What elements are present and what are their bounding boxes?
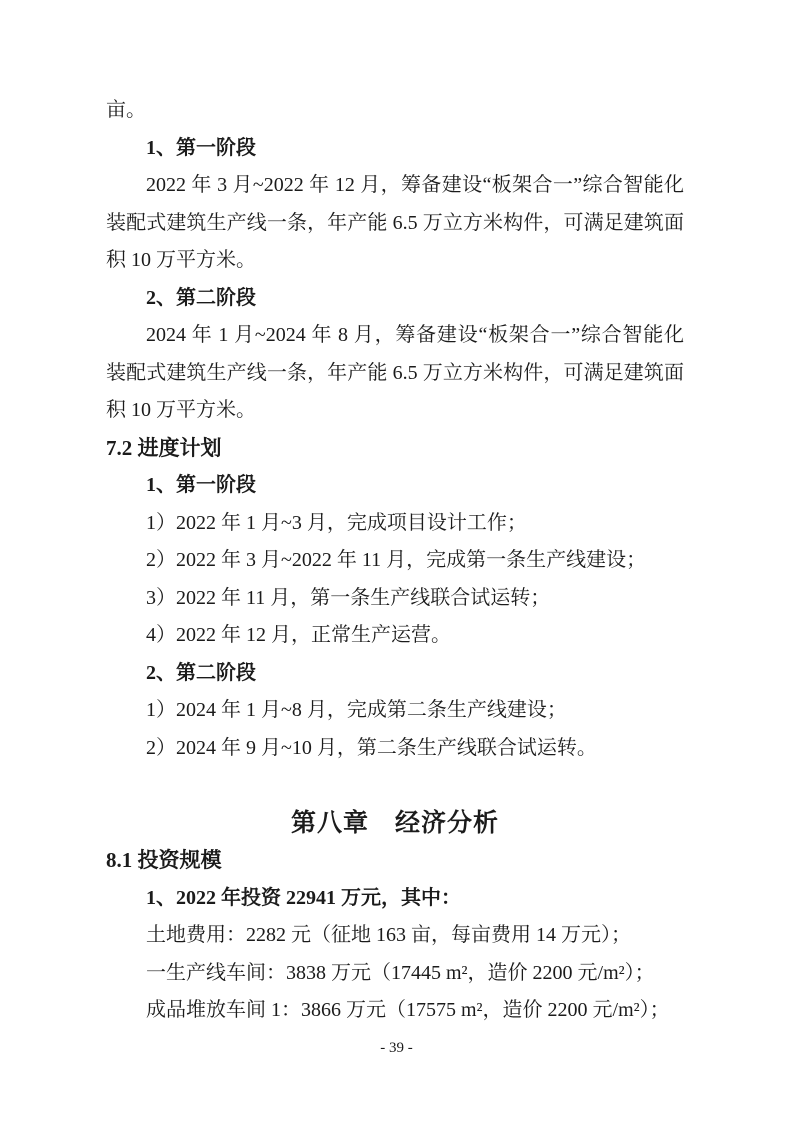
chapter-heading: 第八章 经济分析 <box>106 805 684 843</box>
list-item: 土地费用：2282 元（征地 163 亩，每亩费用 14 万元）； <box>106 917 684 955</box>
document-content: 亩。1、第一阶段2022 年 3 月~2022 年 12 月，筹备建设“板架合一… <box>106 92 684 1030</box>
list-item: 3）2022 年 11 月，第一条生产线联合试运转； <box>106 580 684 618</box>
paragraph: 2022 年 3 月~2022 年 12 月，筹备建设“板架合一”综合智能化装配… <box>106 167 684 280</box>
bold-lead-line: 1、2022 年投资 22941 万元，其中： <box>106 880 684 918</box>
section-heading: 7.2 进度计划 <box>106 430 684 468</box>
page-number: - 39 - <box>0 1040 793 1057</box>
subsection-heading: 2、第二阶段 <box>106 655 684 693</box>
subsection-heading: 2、第二阶段 <box>106 280 684 318</box>
list-item: 4）2022 年 12 月，正常生产运营。 <box>106 617 684 655</box>
subsection-heading: 1、第一阶段 <box>106 130 684 168</box>
document-page: 亩。1、第一阶段2022 年 3 月~2022 年 12 月，筹备建设“板架合一… <box>0 0 793 1122</box>
body-line: 亩。 <box>106 92 684 130</box>
list-item: 1）2022 年 1 月~3 月，完成项目设计工作； <box>106 505 684 543</box>
paragraph: 2024 年 1 月~2024 年 8 月，筹备建设“板架合一”综合智能化装配式… <box>106 317 684 430</box>
list-item: 1）2024 年 1 月~8 月，完成第二条生产线建设； <box>106 692 684 730</box>
list-item: 2）2024 年 9 月~10 月，第二条生产线联合试运转。 <box>106 730 684 768</box>
list-item: 一生产线车间：3838 万元（17445 m²，造价 2200 元/m²）； <box>106 955 684 993</box>
subsection-heading: 1、第一阶段 <box>106 467 684 505</box>
section-heading: 8.1 投资规模 <box>106 842 684 880</box>
list-item: 成品堆放车间 1：3866 万元（17575 m²，造价 2200 元/m²）； <box>106 992 684 1030</box>
list-item: 2）2022 年 3 月~2022 年 11 月，完成第一条生产线建设； <box>106 542 684 580</box>
spacer <box>106 767 684 805</box>
